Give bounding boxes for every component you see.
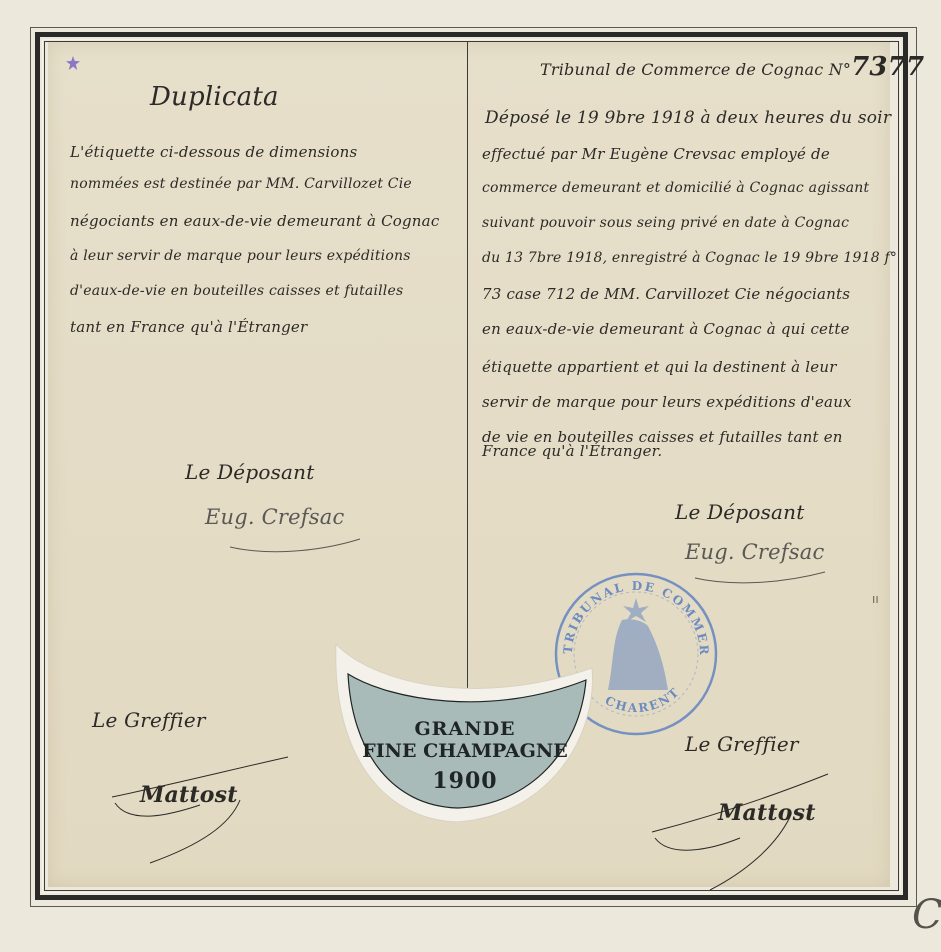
clerk-signature-flourish-icon	[110, 755, 290, 865]
label-line-grande: GRANDE	[330, 718, 600, 740]
left-text-line: tant en France qu'à l'Étranger	[70, 318, 307, 336]
left-text-line: d'eaux-de-vie en bouteilles caisses et f…	[70, 283, 403, 299]
album-corner-script: Co	[912, 892, 941, 938]
left-text-line: négociants en eaux-de-vie demeurant à Co…	[70, 212, 439, 230]
right-text-line: en eaux-de-vie demeurant à Cognac à qui …	[482, 320, 850, 338]
right-text-line: 73 case 712 de MM. Carvillozet Cie négoc…	[482, 285, 850, 303]
label-line-year: 1900	[330, 768, 600, 794]
label-line-fine-champagne: FINE CHAMPAGNE	[330, 740, 600, 762]
right-depositor-label: Le Déposant	[675, 500, 805, 524]
margin-pencil-mark: ıı	[872, 592, 879, 606]
registry-number-prefix: N°	[829, 60, 851, 79]
right-text-line: servir de marque pour leurs expéditions …	[482, 393, 852, 411]
right-text-line: effectué par Mr Eugène Crevsac employé d…	[482, 145, 830, 163]
signature-flourish-icon	[225, 535, 365, 555]
left-text-line: nommées est destinée par MM. Carvillozet…	[70, 176, 412, 192]
tribunal-header: Tribunal de Commerce de Cognac N°7377	[540, 52, 924, 82]
clerk-signature-flourish-icon	[650, 772, 830, 892]
left-text-line: à leur servir de marque pour leurs expéd…	[70, 248, 411, 264]
duplicata-title: Duplicata	[150, 82, 279, 112]
right-text-line: du 13 7bre 1918, enregistré à Cognac le …	[482, 250, 897, 266]
right-text-line: suivant pouvoir sous seing privé en date…	[482, 215, 849, 231]
right-text-line: France qu'à l'Étranger.	[482, 442, 662, 460]
left-clerk-label: Le Greffier	[92, 708, 206, 732]
column-divider	[467, 42, 468, 697]
left-depositor-signature: Eug. Crefsac	[205, 505, 344, 529]
left-text-line: L'étiquette ci-dessous de dimensions	[70, 143, 357, 161]
liberty-figure-icon	[608, 598, 668, 690]
right-text-line: Déposé le 19 9bre 1918 à deux heures du …	[485, 108, 891, 128]
right-text-line: commerce demeurant et domicilié à Cognac…	[482, 180, 869, 196]
registry-number: 7377	[851, 52, 924, 82]
tribunal-name: Tribunal de Commerce de Cognac	[540, 60, 823, 79]
right-text-line: étiquette appartient et qui la destinent…	[482, 358, 837, 376]
cognac-label: GRANDE FINE CHAMPAGNE 1900	[330, 640, 600, 825]
right-depositor-signature: Eug. Crefsac	[685, 540, 824, 564]
left-depositor-label: Le Déposant	[185, 460, 315, 484]
